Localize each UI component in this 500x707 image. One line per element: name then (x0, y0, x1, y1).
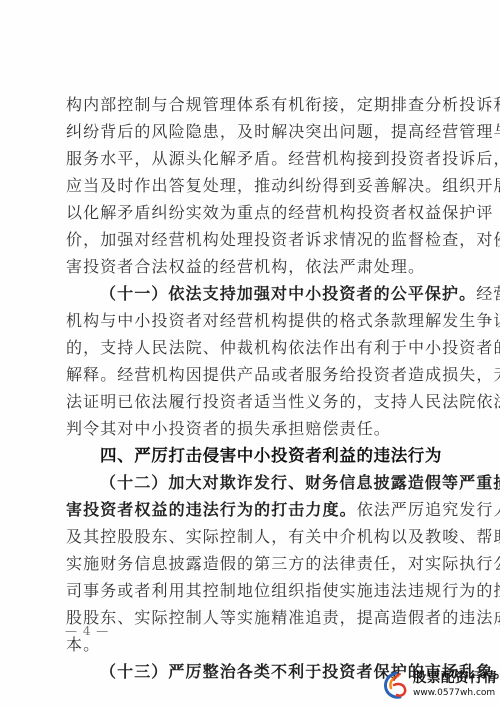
text-line: 法证明已依法履行投资者适当性义务的，支持人民法院依法 (66, 388, 436, 415)
text-line: 纠纷背后的风险隐患，及时解决突出问题，提高经营管理与 (66, 118, 436, 145)
text-line: 解释。经营机构因提供产品或者服务给投资者造成损失，无 (66, 361, 436, 388)
section-11-first-line: （十一）依法支持加强对中小投资者的公平保护。经营 (66, 280, 436, 307)
text-line: 判令其对中小投资者的损失承担赔偿责任。 (66, 415, 436, 442)
text-line: 及其控股股东、实际控制人，有关中介机构以及教唆、帮助 (66, 523, 436, 550)
section-12-text: 依法严厉追究发行人 (357, 500, 500, 519)
section-11-title: （十一）依法支持加强对中小投资者的公平保护。 (100, 284, 476, 303)
watermark-text: 股票配资行情 www.0577wh.com (413, 672, 497, 698)
watermark-url: www.0577wh.com (413, 689, 497, 698)
text-line: 机构与中小投资者对经营机构提供的格式条款理解发生争议 (66, 307, 436, 334)
text-line: 司事务或者利用其控制地位组织指使实施违法违规行为的控 (66, 577, 436, 604)
document-page: 构内部控制与合规管理体系有机衔接，定期排查分析投诉和 纠纷背后的风险隐患，及时解… (0, 0, 500, 707)
document-body: 构内部控制与合规管理体系有机衔接，定期排查分析投诉和 纠纷背后的风险隐患，及时解… (66, 91, 436, 685)
section-13-title: （十三）严厉整治各类不利于投资者保护的市场乱象。 (66, 658, 436, 685)
page-number: — 4 — (65, 624, 109, 638)
text-line: 的，支持人民法院、仲裁机构依法作出有利于中小投资者的 (66, 334, 436, 361)
section-12-second-line: 害投资者权益的违法行为的打击力度。依法严厉追究发行人 (66, 496, 436, 523)
watermark-title: 股票配资行情 (413, 672, 497, 686)
section-11-text: 经营 (476, 284, 500, 303)
text-line: 构内部控制与合规管理体系有机衔接，定期排查分析投诉和 (66, 91, 436, 118)
text-line: 服务水平，从源头化解矛盾。经营机构接到投资者投诉后， (66, 145, 436, 172)
text-line: 以化解矛盾纠纷实效为重点的经营机构投资者权益保护评 (66, 199, 436, 226)
text-line: 害投资者合法权益的经营机构，依法严肃处理。 (66, 253, 436, 280)
text-line: 股股东、实际控制人等实施精准追责，提高造假者的违法成 (66, 604, 436, 631)
text-line: 应当及时作出答复处理，推动纠纷得到妥善解决。组织开展 (66, 172, 436, 199)
section-heading-4: 四、严厉打击侵害中小投资者利益的违法行为 (66, 442, 436, 469)
watermark: 股票配资行情 www.0577wh.com (382, 666, 500, 704)
section-12-title-end: 害投资者权益的违法行为的打击力度。 (66, 500, 357, 519)
text-line: 实施财务信息披露造假的第三方的法律责任，对实际执行公 (66, 550, 436, 577)
section-12-title-line: （十二）加大对欺诈发行、财务信息披露造假等严重损 (66, 469, 436, 496)
text-line: 本。 (66, 631, 436, 658)
text-line: 价，加强对经营机构处理投资者诉求情况的监督检查，对侵 (66, 226, 436, 253)
swirl-logo-icon (382, 670, 410, 700)
